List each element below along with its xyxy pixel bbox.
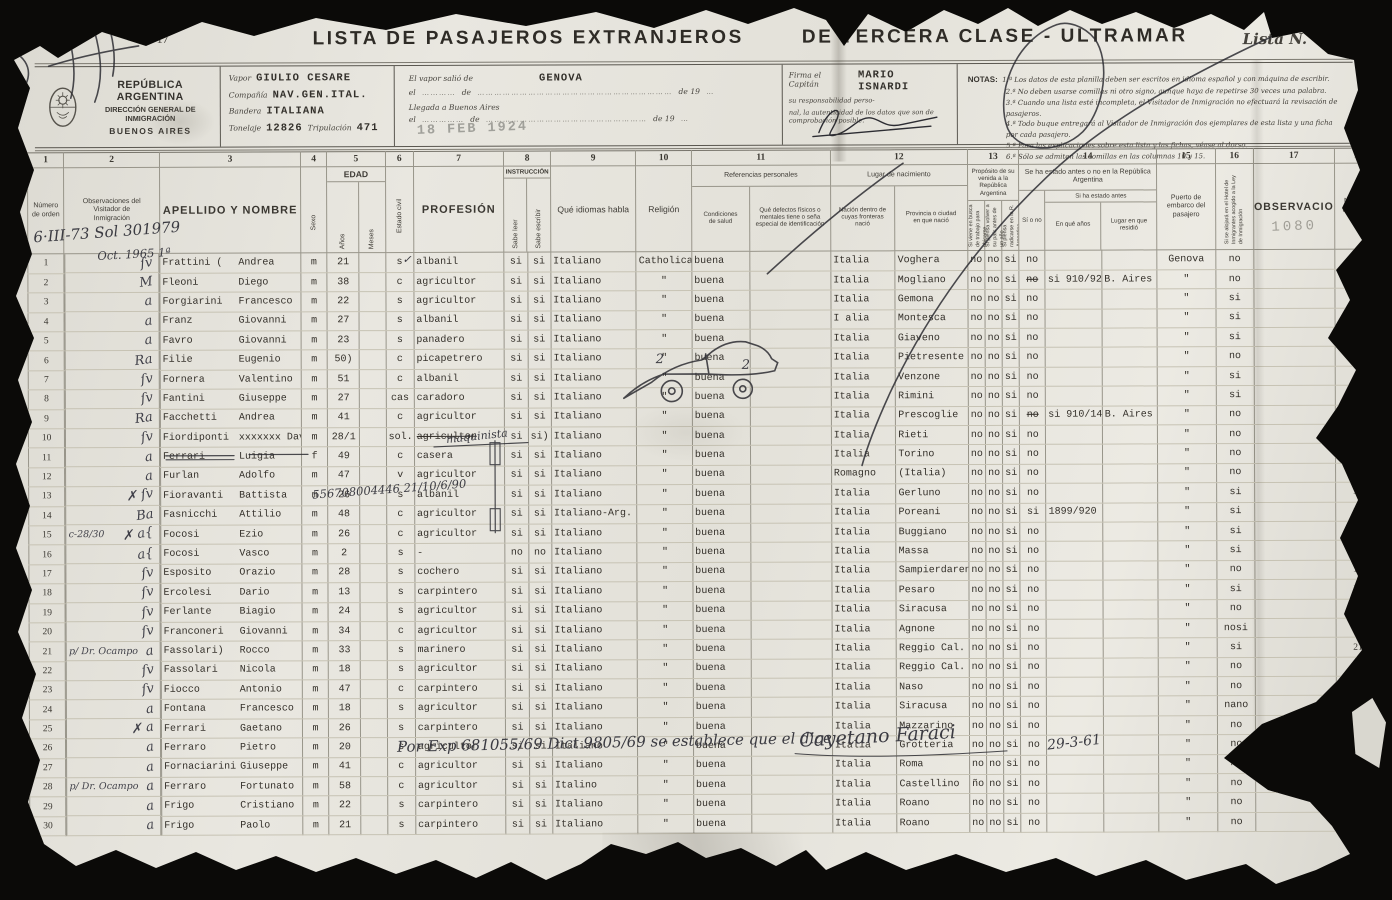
- header-meses: Meses: [368, 215, 375, 249]
- cell-religion: ": [637, 582, 692, 602]
- cell-languages: Italiano: [551, 252, 637, 272]
- cell-profession: carpintero: [415, 679, 506, 699]
- column-number: 13: [967, 149, 1018, 164]
- cell-civil-status: s: [387, 660, 415, 679]
- cell-age-years: 27: [327, 389, 359, 409]
- cell-sex: m: [301, 389, 327, 408]
- cell-age-years: 33: [328, 641, 360, 661]
- cell-been-before: no: [1020, 464, 1046, 483]
- cell-observations: [1255, 676, 1336, 696]
- cell-been-before: no: [1020, 522, 1046, 541]
- cell-province: Prescoglie: [896, 406, 969, 426]
- cell-defects: [752, 814, 833, 834]
- cell-civil-status: c: [387, 757, 415, 776]
- cell-hotel: si: [1217, 638, 1255, 658]
- cell-nation: Italia: [832, 678, 897, 698]
- cell-order: 17: [29, 564, 65, 584]
- cell-sex: m: [302, 583, 328, 602]
- cell-purpose-3: si: [1003, 522, 1020, 541]
- cell-nation: Italia: [832, 659, 897, 679]
- cell-years-before: [1046, 348, 1102, 368]
- notas-label: NOTAS:: [968, 75, 998, 84]
- cell-place-resided: [1102, 444, 1157, 464]
- cell-hotel: no: [1216, 347, 1254, 367]
- header-salud: Condiciones de salud: [699, 210, 741, 225]
- cell-languages: Italiano: [552, 640, 638, 660]
- cell-age-months: [360, 544, 386, 563]
- cell-years-before: si 910/921: [1045, 270, 1101, 290]
- cell-defects: [751, 426, 832, 446]
- cell-name: FassolariNicola: [161, 661, 302, 681]
- cell-name: FocosiVasco: [161, 544, 302, 564]
- agency-dept: DIRECCIÓN GENERAL DE INMIGRACIÓN: [89, 104, 212, 122]
- cell-order: 15: [29, 526, 65, 546]
- cell-purpose-3: si: [1004, 774, 1021, 793]
- cell-been-before: no: [1020, 406, 1046, 425]
- cell-sex: m: [301, 311, 327, 330]
- header-sabe-leer: Sabe leer: [512, 209, 519, 249]
- cell-visitor-obs: ſv: [65, 428, 160, 448]
- cell-profession: agricultor: [415, 757, 506, 777]
- cell-hotel: si: [1216, 289, 1254, 309]
- cell-observations: [1255, 579, 1336, 599]
- cell-order: 30: [30, 817, 66, 837]
- cell-order-right: 11: [1335, 444, 1380, 464]
- column-number: 8: [504, 151, 550, 166]
- cell-order: 27: [30, 758, 66, 778]
- cell-place-resided: [1102, 347, 1157, 367]
- cell-province: Massa: [896, 542, 969, 562]
- cell-visitor-obs: M: [65, 273, 160, 293]
- cell-order: 3: [28, 293, 64, 313]
- cell-order-right: 5: [1335, 327, 1380, 347]
- cell-age-months: [361, 699, 387, 718]
- notes-box: NOTAS: 1.ª Los datos de esta planilla de…: [958, 63, 1353, 144]
- cell-purpose-1: no: [969, 600, 986, 619]
- cell-defects: [751, 639, 832, 659]
- cell-name: FerrariLuigia: [160, 447, 301, 467]
- cell-age-years: 26: [328, 525, 360, 545]
- cell-visitor-obs: p/ Dr. Ocampoa: [66, 777, 161, 797]
- cell-nation: Italia: [831, 329, 896, 349]
- cell-purpose-3: si: [1002, 328, 1019, 347]
- cell-nation: I alia: [831, 309, 896, 329]
- cell-name: FontanaFrancesco: [161, 699, 302, 719]
- cell-order-right: 30: [1336, 812, 1381, 832]
- torn-paper-scrap: [1352, 698, 1386, 768]
- cell-hotel: no: [1217, 774, 1255, 794]
- cell-civil-status: c: [387, 621, 415, 640]
- cell-order-right: 28: [1336, 773, 1381, 793]
- cell-hotel: si: [1216, 483, 1254, 503]
- cell-been-before: no: [1020, 639, 1046, 658]
- cell-embark-port: ": [1159, 716, 1217, 736]
- cell-defects: [751, 484, 832, 504]
- cell-writes: si: [529, 815, 552, 834]
- cell-embark-port: ": [1159, 677, 1217, 697]
- cell-observations: [1255, 618, 1336, 638]
- cell-purpose-2: no: [986, 716, 1003, 735]
- cell-purpose-2: no: [985, 290, 1002, 309]
- cell-age-years: 41: [328, 408, 360, 428]
- cell-been-before: no: [1021, 697, 1047, 716]
- cell-health: buena: [692, 310, 750, 330]
- cell-order: 13: [29, 487, 65, 507]
- column-number: 14: [1019, 149, 1157, 164]
- cell-purpose-3: si: [1004, 794, 1021, 813]
- cell-age-months: [360, 369, 386, 388]
- cell-health: buena: [692, 426, 750, 446]
- cell-reads: si: [506, 640, 529, 659]
- cell-purpose-1: no: [968, 426, 985, 445]
- cell-years-before: [1045, 250, 1101, 270]
- cell-name: FocosiEzio: [161, 525, 302, 545]
- cell-sex: m: [301, 273, 327, 292]
- cell-purpose-2: no: [987, 755, 1004, 774]
- cell-religion: ": [637, 427, 692, 447]
- cell-observations: [1256, 754, 1337, 774]
- cell-hotel: no: [1216, 405, 1254, 425]
- cell-order: 10: [28, 429, 64, 449]
- cell-province: Giaveno: [895, 329, 968, 349]
- cell-hotel: no: [1215, 250, 1253, 270]
- cell-profession: carpintero: [416, 815, 507, 835]
- column-number: 17: [1253, 148, 1334, 163]
- cell-province: Reggio Cal.: [896, 639, 969, 659]
- cell-years-before: [1046, 580, 1102, 600]
- cell-been-before: si: [1020, 503, 1046, 522]
- cell-nation: Italia: [832, 697, 897, 717]
- cell-purpose-2: no: [986, 658, 1003, 677]
- cell-writes: si: [529, 621, 552, 640]
- cell-purpose-2: no: [986, 561, 1003, 580]
- compania-label: Compañía: [229, 90, 268, 99]
- cell-age-months: [361, 680, 387, 699]
- el-label2: el: [409, 115, 416, 124]
- cell-order-right: 6: [1335, 347, 1380, 367]
- cell-purpose-2: no: [986, 484, 1003, 503]
- cell-writes: si: [529, 563, 552, 582]
- cell-profession: albanil: [414, 311, 505, 331]
- cell-sex: f: [301, 447, 327, 466]
- cell-embark-port: ": [1157, 289, 1215, 309]
- cell-embark-port: ": [1159, 813, 1217, 833]
- cell-purpose-3: si: [1003, 619, 1020, 638]
- cell-been-before: no: [1019, 250, 1045, 270]
- cell-profession: albanil: [414, 369, 505, 389]
- cell-religion: ": [637, 446, 692, 466]
- cell-profession: agricultor: [415, 602, 506, 622]
- cell-age-years: 2: [328, 544, 360, 564]
- cell-name: FerrariGaetano: [161, 719, 302, 739]
- cell-profession: carpintero: [416, 796, 507, 816]
- cell-civil-status: s: [387, 796, 415, 815]
- cell-profession: agricultor: [415, 505, 506, 525]
- cell-sex: m: [302, 719, 328, 738]
- cell-been-before: no: [1020, 658, 1046, 677]
- cell-province: Rimini: [896, 387, 969, 407]
- cell-age-years: 21: [327, 253, 359, 273]
- cell-writes: si: [528, 311, 551, 330]
- cell-province: Castellino: [897, 775, 970, 795]
- cell-religion: ": [636, 330, 691, 350]
- cell-writes: si: [528, 485, 551, 504]
- column-number: 5: [327, 152, 385, 167]
- de-label: de: [462, 88, 471, 97]
- cell-religion: ": [637, 349, 692, 369]
- cell-purpose-1: no: [969, 697, 986, 716]
- cell-reads: si: [506, 621, 529, 640]
- cell-languages: Italiano: [551, 310, 637, 330]
- cell-order-right: 15: [1335, 521, 1380, 541]
- cell-nation: Italia: [831, 290, 896, 310]
- cell-province: Roma: [897, 755, 970, 775]
- cell-embark-port: ": [1159, 793, 1217, 813]
- cell-age-months: [361, 815, 387, 834]
- cell-purpose-3: si: [1003, 425, 1020, 444]
- cell-observations: [1254, 444, 1335, 464]
- cell-embark-port: ": [1158, 638, 1216, 658]
- cell-nation: Italia: [832, 620, 897, 640]
- cell-religion: ": [637, 388, 692, 408]
- agency-city: BUENOS AIRES: [89, 125, 212, 135]
- nota-item: 3.ª Cuando una lista esté incompleta, el…: [968, 97, 1343, 120]
- cell-health: buena: [692, 465, 750, 485]
- cell-purpose-3: si: [1003, 658, 1020, 677]
- cell-sex: m: [302, 564, 328, 583]
- cell-civil-status: s: [387, 699, 415, 718]
- cell-languages: Italiano: [552, 679, 638, 699]
- cell-health: buena: [693, 659, 751, 679]
- cell-nation: Italia: [831, 387, 896, 407]
- cell-province: Roano: [897, 794, 970, 814]
- cell-embark-port: ": [1157, 308, 1215, 328]
- cell-reads: si: [505, 446, 528, 465]
- cell-writes: si: [528, 349, 551, 368]
- cell-purpose-3: si: [1003, 561, 1020, 580]
- cell-age-months: [361, 738, 387, 757]
- cell-purpose-3: si: [1004, 755, 1021, 774]
- cell-defects: [752, 756, 833, 776]
- cell-age-years: 22: [329, 796, 361, 816]
- cell-purpose-3: si: [1003, 464, 1020, 483]
- cell-defects: [750, 271, 831, 291]
- cell-visitor-obs: Ba: [65, 506, 160, 526]
- cell-name: Fiordipontixxxxxxx David: [160, 428, 301, 448]
- cell-name: FranconeriGiovanni: [161, 622, 302, 642]
- cell-sex: m: [302, 602, 328, 621]
- cell-nation: Italia: [832, 562, 897, 582]
- cell-religion: ": [638, 640, 693, 660]
- cell-order: 7: [28, 371, 64, 391]
- cell-nation: Italia: [832, 755, 897, 775]
- header-en-que-anios: En qué años: [1056, 221, 1091, 228]
- cell-writes: si): [528, 427, 551, 446]
- cell-religion: ": [638, 756, 693, 776]
- cell-age-months: [359, 292, 385, 311]
- cell-name: FrigoPaolo: [162, 816, 303, 836]
- cell-health: buena: [692, 291, 750, 311]
- cell-visitor-obs: a: [65, 331, 160, 351]
- cell-religion: ": [637, 465, 692, 485]
- cell-reads: si: [505, 563, 528, 582]
- cell-purpose-3: si: [1002, 309, 1019, 328]
- cell-writes: si: [529, 795, 552, 814]
- cell-age-years: 28: [328, 563, 360, 583]
- cell-reads: no: [505, 543, 528, 562]
- cell-name: FioravantiBattista: [161, 486, 302, 506]
- column-number: 7: [413, 151, 504, 166]
- column-number: 9: [550, 151, 636, 166]
- cell-been-before: no: [1021, 736, 1047, 755]
- header-col10: Religión: [637, 204, 691, 214]
- cell-years-before: [1047, 813, 1103, 833]
- cell-place-resided: [1102, 250, 1157, 270]
- cell-province: (Italia): [896, 464, 969, 484]
- cell-purpose-2: no: [986, 736, 1003, 755]
- cell-place-resided: [1103, 619, 1158, 639]
- cell-nation: Italia: [831, 426, 896, 446]
- cell-province: Pesaro: [896, 581, 969, 601]
- cell-observations: [1254, 347, 1335, 367]
- header-col17: OBSERVACIONES: [1254, 200, 1334, 212]
- cell-nation: Italia: [831, 406, 896, 426]
- cell-name: FerlanteBiagio: [161, 602, 302, 622]
- cell-religion: ": [636, 271, 691, 291]
- cell-order-right: 13: [1335, 482, 1380, 502]
- header-col2: Observaciones del Visitador de Inmigraci…: [77, 198, 147, 223]
- cell-writes: si: [529, 776, 552, 795]
- cell-order: 12: [29, 468, 65, 488]
- cell-visitor-obs: a: [65, 293, 160, 313]
- cell-name: FavroGiovanni: [160, 331, 301, 351]
- cell-health: buena: [693, 601, 751, 621]
- cell-writes: si: [529, 660, 552, 679]
- cell-hotel: no: [1217, 677, 1255, 697]
- column-number: 16: [1215, 149, 1253, 164]
- cell-religion: Catholica: [636, 252, 691, 272]
- cell-place-resided: [1102, 309, 1157, 329]
- cell-observations: [1255, 599, 1336, 619]
- cell-profession: agricultor: [414, 272, 505, 292]
- cell-order: 19: [29, 603, 65, 623]
- header-provincia: Provincia o ciudad en que nació: [902, 210, 960, 225]
- cell-observations: [1255, 482, 1336, 502]
- cell-purpose-2: no: [986, 522, 1003, 541]
- cell-sex: m: [302, 467, 328, 486]
- cell-religion: ": [638, 776, 693, 796]
- cell-religion: ": [637, 562, 692, 582]
- cell-observations: [1254, 366, 1335, 386]
- column-number: 12: [830, 150, 967, 165]
- handwritten-annotations: 6·III-73 Sol 301979Oct. 1965 1ªmaquinist…: [4, 0, 1384, 4]
- cell-observations: [1254, 269, 1335, 289]
- captain-label: Firma el Capitán: [789, 70, 852, 88]
- cell-defects: [751, 581, 832, 601]
- page-number: 17: [157, 32, 169, 47]
- cell-place-resided: [1103, 658, 1158, 678]
- cell-order-right: 29: [1336, 793, 1381, 813]
- column-number: 1: [1334, 148, 1379, 163]
- cell-order: 6: [28, 351, 64, 371]
- cell-purpose-1: no: [968, 270, 985, 289]
- cell-hotel: no: [1217, 560, 1255, 580]
- cell-visitor-obs: ſv: [66, 680, 161, 700]
- column-number: 2: [64, 152, 160, 167]
- cell-sex: m: [302, 699, 328, 718]
- cell-been-before: no: [1021, 794, 1047, 813]
- cell-reads: si: [505, 408, 528, 427]
- header-col15: Puerto de embarco del pasajero: [1164, 194, 1208, 219]
- cell-visitor-obs: a: [67, 816, 162, 836]
- cell-hotel: nosi: [1217, 618, 1255, 638]
- cell-languages: Italiano: [553, 815, 639, 835]
- cell-hotel: no: [1217, 735, 1255, 755]
- cell-reads: si: [506, 757, 529, 776]
- cell-been-before: no: [1021, 677, 1047, 696]
- cell-name: FrigoCristiano: [162, 796, 303, 816]
- cell-order-right: 21: [1336, 637, 1381, 657]
- cell-province: Siracusa: [897, 697, 970, 717]
- cell-been-before: no: [1021, 716, 1047, 735]
- cell-languages: Italiano: [551, 407, 637, 427]
- cell-religion: ": [636, 310, 691, 330]
- cell-age-months: [361, 622, 387, 641]
- cell-hotel: si: [1216, 308, 1254, 328]
- header-col3: APELLIDO Y NOMBRE: [160, 204, 300, 216]
- cell-visitor-obs: a: [66, 739, 161, 759]
- cell-purpose-2: no: [985, 445, 1002, 464]
- cell-observations: [1255, 657, 1336, 677]
- cell-visitor-obs: ſv: [66, 564, 161, 584]
- cell-purpose-3: si: [1003, 600, 1020, 619]
- cell-age-years: 13: [328, 583, 360, 603]
- cell-purpose-2: no: [986, 678, 1003, 697]
- cell-visitor-obs: ✗ a: [66, 719, 161, 739]
- cell-purpose-2: no: [985, 270, 1002, 289]
- captain-box: Firma el Capitán MARIO ISNARDI su respon…: [783, 64, 958, 145]
- cell-order-right: 2: [1334, 269, 1379, 289]
- cell-place-resided: [1103, 696, 1158, 716]
- cell-place-resided: [1102, 425, 1157, 445]
- title-right: DE TERCERA CLASE - ULTRAMAR: [802, 25, 1188, 48]
- cell-purpose-1: ño: [969, 775, 986, 794]
- cell-purpose-2: no: [985, 425, 1002, 444]
- cell-order: 8: [28, 390, 64, 410]
- cell-hotel: no: [1217, 657, 1255, 677]
- cell-civil-status: s: [387, 815, 415, 834]
- cell-order: 14: [29, 506, 65, 526]
- cell-languages: Italiano: [552, 756, 638, 776]
- cell-order-right: 19: [1336, 599, 1381, 619]
- cell-purpose-3: si: [1003, 697, 1020, 716]
- cell-reads: si: [506, 796, 529, 815]
- cell-purpose-1: no: [969, 619, 986, 638]
- cell-sex: m: [302, 505, 328, 524]
- cell-age-years: 47: [328, 680, 360, 700]
- cell-visitor-obs: p/ Dr. Ocampoa: [66, 642, 161, 662]
- cell-purpose-2: no: [985, 250, 1002, 270]
- cell-languages: Italiano: [551, 485, 637, 505]
- cell-age-months: [360, 563, 386, 582]
- cell-languages: Italiano: [551, 369, 637, 389]
- cell-religion: ": [637, 543, 692, 563]
- cell-place-resided: [1102, 386, 1157, 406]
- cell-name: FurlanAdolfo: [161, 467, 302, 487]
- cell-civil-status: c: [386, 524, 414, 543]
- cell-order: 26: [30, 739, 66, 759]
- cell-defects: [750, 310, 831, 330]
